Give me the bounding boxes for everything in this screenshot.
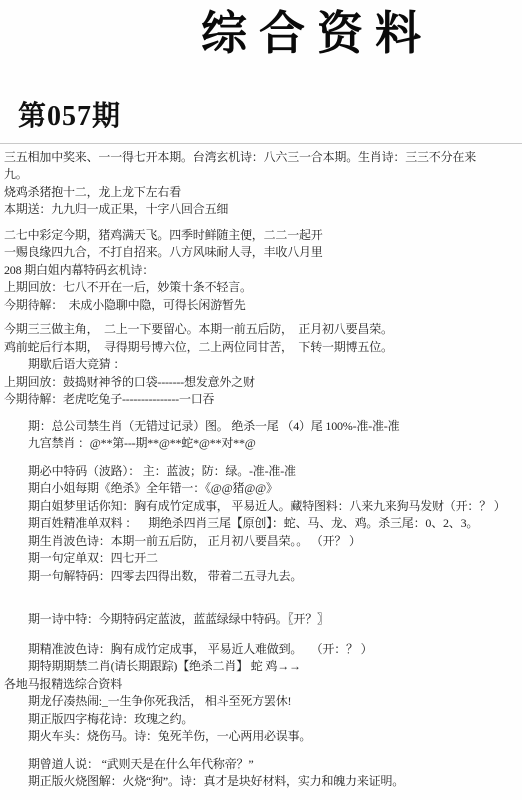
text-line: 鸡前蛇后行本期， 寻得期号博六位，二上两位同甘苦， 下转一期博五位。 — [4, 339, 522, 357]
text-line: 期一句定单双：四七开二 — [4, 550, 522, 568]
text-line: 二七中彩定今期，猪鸡满天飞。四季时鲜随主便，二二一起开 — [4, 227, 522, 245]
text-line: 期正版四字梅花诗：玫瑰之约。 — [4, 711, 522, 729]
text-line: 期曾道人说： “武则天是在什么年代称帝？” — [4, 756, 522, 774]
text-line: 期精准波色诗：胸有成竹定成事， 平易近人难做到。 （开：？ ） — [4, 641, 522, 659]
text-line: 期：总公司禁生肖（无错过记录）图。 绝杀一尾 （4）尾 100%-准-准-准 — [4, 418, 522, 436]
text-line: 208 期白姐内幕特码玄机诗： — [4, 262, 522, 280]
text-line: 期一诗中特：今期特码定蓝波，蓝蓝绿绿中特码。〖开？〗 — [4, 611, 522, 629]
document-page: 综合资料 第057期 三五相加中奖来、一一得七开本期。台湾玄机诗：八六三一合本期… — [0, 0, 522, 800]
text-line: 期正版火烧图解：火烧“狗”。诗：真才是块好材料，实力和魄力来证明。 — [4, 773, 522, 791]
issue-number: 第057期 — [18, 99, 522, 134]
text-line: 上期回放：鼓捣财神爷的口袋-------想发意外之财 — [4, 374, 522, 392]
text-line: 期必中特码（波路）： 主：蓝波；防：绿。-准-准-准 — [4, 463, 522, 481]
text-line: 今期待解： 未成小隐聊中隐，可得长闲游暂先 — [4, 297, 522, 315]
text-line: 期火车头：烧伤马。诗：兔死羊伤，一心两用必误事。 — [4, 728, 522, 746]
paragraph-gap — [4, 453, 522, 463]
paragraph-gap — [4, 409, 522, 418]
text-line: 九宫禁肖 ：@**第---期**@**蛇*@**对**@ — [4, 435, 522, 453]
paragraph-gap — [4, 746, 522, 756]
page-title: 综合资料 — [0, 0, 522, 61]
paragraph-gap — [4, 629, 522, 641]
text-line: 一赐良缘四九合，不打自招来。八方风味耐人寻，丰收八月里 — [4, 244, 522, 262]
paragraph-gap — [4, 585, 522, 611]
text-line: 期特期期禁二肖(请长期跟踪)【绝杀二肖】 蛇 鸡→→ — [4, 658, 522, 676]
header-divider — [0, 143, 522, 144]
text-line: 烧鸡杀猪抱十二，龙上龙下左右看 — [4, 184, 522, 202]
text-line: 今期三三做主角， 二上一下要留心。本期一前五后防， 正月初八要昌荣。 — [4, 321, 522, 339]
paragraph-gap — [4, 219, 522, 227]
text-line: 期白姐梦里话你知：胸有成竹定成事， 平易近人。藏特图料：八来九来狗马发财（开：？… — [4, 498, 522, 516]
text-line: 各地马报精选综合资料 — [4, 676, 522, 694]
text-line: 上期回放：七八不开在一后，妙策十条不轻言。 — [4, 279, 522, 297]
content-lines: 三五相加中奖来、一一得七开本期。台湾玄机诗：八六三一合本期。生肖诗：三三不分在来… — [0, 149, 522, 791]
text-line: 九。 — [4, 166, 522, 184]
text-line: 期生肖波色诗：本期一前五后防， 正月初八要昌荣。。 （开？ ） — [4, 533, 522, 551]
text-line: 期歇后语大竞猜 ： — [4, 356, 522, 374]
text-line: 期龙仔凑热闹:_一生争你死我活， 相斗至死方罢休! — [4, 693, 522, 711]
text-line: 期一句解特码：四零去四得出数， 带着二五寻九去。 — [4, 568, 522, 586]
text-line: 期白小姐每期《绝杀》全年错一：《@@猪@@》 — [4, 480, 522, 498]
text-line: 期百姓精准单双料 ： 期绝杀四肖三尾【原创】：蛇、马、龙、鸡。杀三尾：0、2、3… — [4, 515, 522, 533]
text-line: 三五相加中奖来、一一得七开本期。台湾玄机诗：八六三一合本期。生肖诗：三三不分在来 — [4, 149, 522, 167]
text-line: 今期待解：老虎吃兔子---------------一口吞 — [4, 391, 522, 409]
paragraph-gap — [4, 314, 522, 321]
text-line: 本期送：九九归一成正果，十字八回合五细 — [4, 201, 522, 219]
